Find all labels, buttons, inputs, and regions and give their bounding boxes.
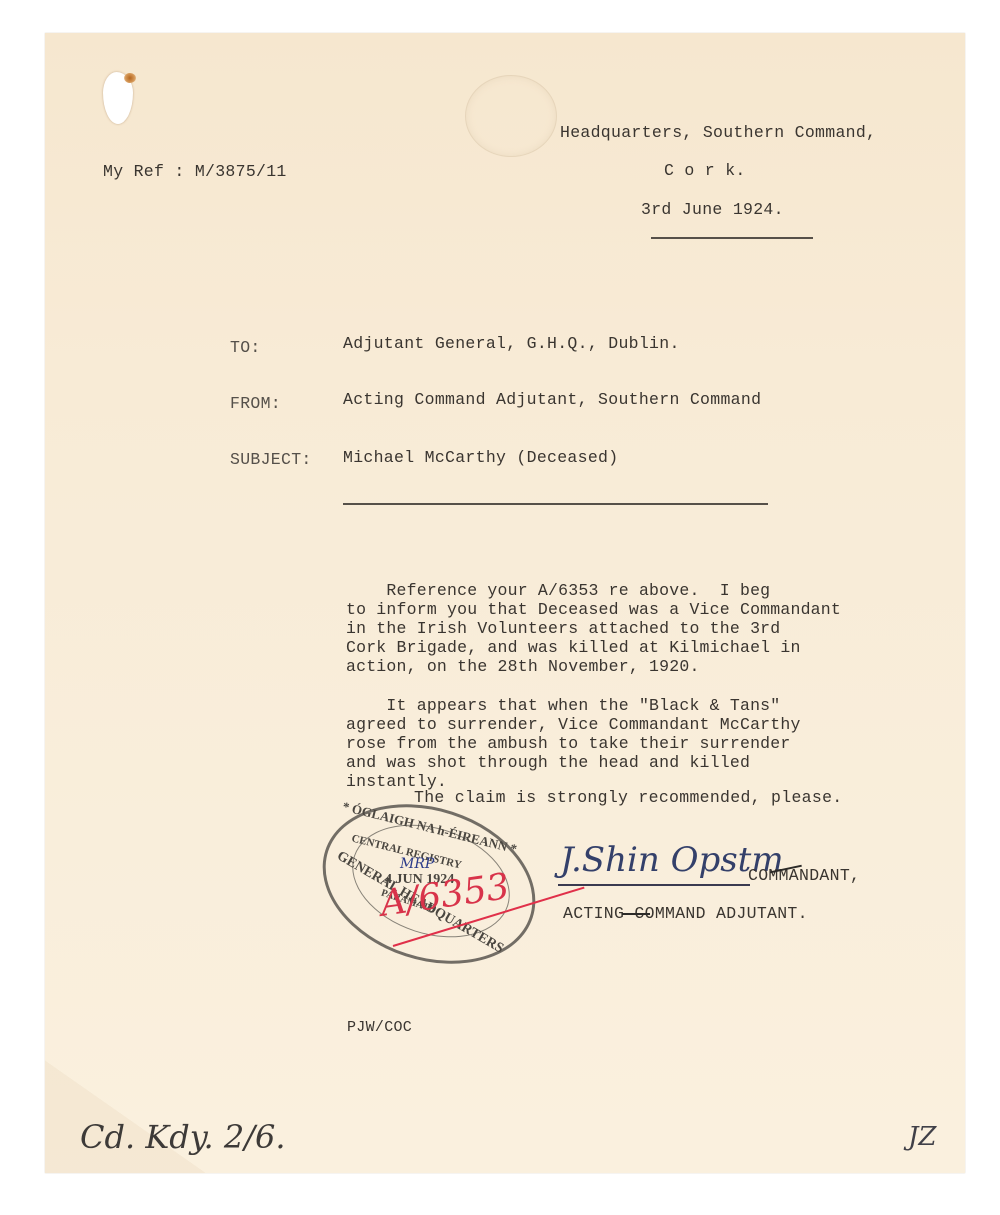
- from-label: FROM:: [230, 394, 281, 413]
- typist-reference: PJW/COC: [347, 1019, 412, 1036]
- body-line: agreed to surrender, Vice Commandant McC…: [346, 715, 801, 734]
- closing-line: The claim is strongly recommended, pleas…: [414, 788, 842, 807]
- to-label: TO:: [230, 338, 261, 357]
- body-line: in the Irish Volunteers attached to the …: [346, 619, 841, 638]
- address-line-2: C o r k.: [664, 161, 746, 180]
- from-value: Acting Command Adjutant, Southern Comman…: [343, 390, 761, 409]
- embossed-seal-icon: [465, 75, 557, 157]
- body-line: Cork Brigade, and was killed at Kilmicha…: [346, 638, 841, 657]
- date-underline: [651, 237, 813, 239]
- signatory-title-2: ACTING COMMAND ADJUTANT.: [563, 904, 808, 923]
- address-line-1: Headquarters, Southern Command,: [560, 123, 876, 142]
- handwritten-note-bottom-left: Cd. Kdy. 2/6.: [80, 1118, 286, 1156]
- signature-line: [558, 884, 750, 886]
- stamp-initials: MRP: [400, 856, 434, 872]
- signatory-title-1: COMMANDANT,: [748, 866, 860, 885]
- pen-strike: [622, 913, 650, 915]
- handwritten-initials-bottom-right: JZ: [908, 1122, 937, 1152]
- to-value: Adjutant General, G.H.Q., Dublin.: [343, 334, 680, 353]
- subject-value: Michael McCarthy (Deceased): [343, 448, 618, 467]
- body-line: Reference your A/6353 re above. I beg: [346, 581, 841, 600]
- body-line: rose from the ambush to take their surre…: [346, 734, 801, 753]
- body-line: It appears that when the "Black & Tans": [346, 696, 801, 715]
- subject-underline: [343, 503, 768, 505]
- my-reference: My Ref : M/3875/11: [103, 162, 287, 181]
- body-line: and was shot through the head and killed: [346, 753, 801, 772]
- rust-stain: [124, 73, 136, 83]
- body-line: action, on the 28th November, 1920.: [346, 657, 841, 676]
- subject-label: SUBJECT:: [230, 450, 312, 469]
- body-line: to inform you that Deceased was a Vice C…: [346, 600, 841, 619]
- letter-date: 3rd June 1924.: [641, 200, 784, 219]
- body-paragraph-1: Reference your A/6353 re above. I begto …: [346, 562, 841, 695]
